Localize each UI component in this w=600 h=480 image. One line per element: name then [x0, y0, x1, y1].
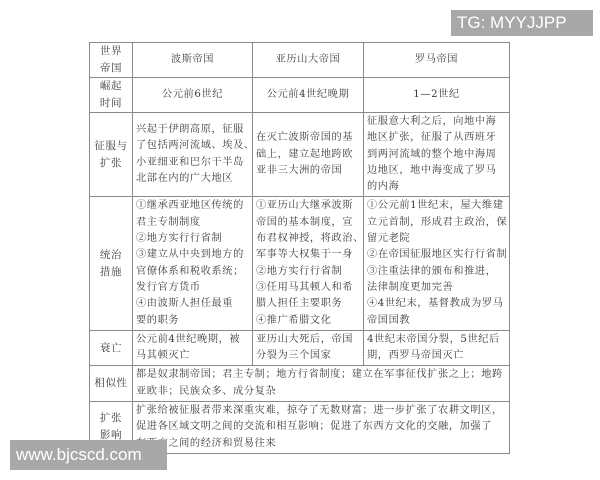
corner-label-line: 帝国 [92, 60, 130, 77]
cell-line: 兴起于伊朗高原，征服 [136, 122, 249, 138]
cell-line: ③注重法律的颁布和推进， [367, 264, 506, 280]
row-label-rise-time: 崛起 时间 [90, 78, 133, 113]
cell-rome-decline: 4世纪末帝国分裂，5世纪后 期，西罗马帝国灭亡 [364, 330, 510, 366]
cell-impact: 扩张给被征服者带来深重灾难，掠夺了无数财富；进一步扩张了农耕文明区， 促进各区域… [133, 402, 510, 454]
cell-line: 君主专制制度 [136, 215, 249, 231]
row-label-line: 相似性 [92, 375, 130, 392]
row-label-line: 扩张 [92, 155, 130, 172]
cell-line: 官僚体系和税收系统； [136, 264, 249, 280]
cell-line: 亚历山大死后，帝国 [256, 332, 360, 348]
cell-line: 东西方之间的经济和贸易往来 [136, 436, 506, 452]
cell-line: 北部在内的广大地区 [136, 171, 249, 187]
cell-line: 4世纪末帝国分裂，5世纪后 [367, 332, 506, 348]
cell-line: ④推广希腊文化 [256, 313, 360, 329]
watermark-top-right: TG: MYYJJPP [451, 10, 593, 36]
cell-line: 促进各区域文明之间的交流和相互影响；促进了东西方文化的交融，加强了 [136, 419, 506, 435]
cell-similarity: 都是奴隶制帝国；君主专制；地方行省制度；建立在军事征伐扩张之上；地跨 亚欧非；民… [133, 366, 510, 402]
cell-alexander-rise-time: 公元前4世纪晚期 [253, 78, 364, 113]
watermark-bottom-left: www.bjcscd.com [10, 440, 167, 470]
row-label-conquest: 征服与 扩张 [90, 113, 133, 197]
row-label-line: 衰亡 [92, 340, 130, 357]
cell-line: 到两河流域的整个地中海周 [367, 147, 506, 163]
row-label-line: 征服与 [92, 138, 130, 155]
cell-line: 亚欧非；民族众多、成分复杂 [136, 384, 506, 400]
cell-line: ③任用马其顿人和希 [256, 280, 360, 296]
cell-alexander-conquest: 在灭亡波斯帝国的基 础上，建立起地跨欧 亚非三大洲的帝国 [253, 113, 364, 197]
row-label-line: 措施 [92, 264, 130, 281]
cell-line: ②地方实行行省制 [136, 231, 249, 247]
cell-line: 留元老院 [367, 231, 506, 247]
cell-line: 马其顿灭亡 [136, 348, 249, 364]
cell-persia-decline: 公元前4世纪晚期，被 马其顿灭亡 [133, 330, 253, 366]
cell-line: ②地方实行行省制 [256, 264, 360, 280]
cell-line: ①亚历山大继承波斯 [256, 198, 360, 214]
cell-line: 扩张给被征服者带来深重灾难，掠夺了无数财富；进一步扩张了农耕文明区， [136, 403, 506, 419]
row-label-similarity: 相似性 [90, 366, 133, 402]
cell-persia-governance: ①继承西亚地区传统的 君主专制制度 ②地方实行行省制 ③建立从中央到地方的 官僚… [133, 197, 253, 330]
cell-line: 布君权神授，将政治、 [256, 231, 360, 247]
cell-line: 础上，建立起地跨欧 [256, 147, 360, 163]
cell-line: ①公元前1世纪末，屋大维建 [367, 198, 506, 214]
table-row-rise-time: 崛起 时间 公元前6世纪 公元前4世纪晚期 1—2世纪 [90, 78, 510, 113]
table-row-decline: 衰亡 公元前4世纪晚期，被 马其顿灭亡 亚历山大死后，帝国 分裂为三个国家 4世… [90, 330, 510, 366]
cell-line: 帝国国教 [367, 313, 506, 329]
row-label-line: 崛起 [92, 78, 130, 95]
cell-line: 期，西罗马帝国灭亡 [367, 348, 506, 364]
cell-persia-rise-time: 公元前6世纪 [133, 78, 253, 113]
empires-comparison-table: 世界 帝国 波斯帝国 亚历山大帝国 罗马帝国 崛起 时间 公元前6世纪 公元前4… [89, 42, 510, 454]
cell-line: ④4世纪末，基督教成为罗马 [367, 296, 506, 312]
cell-line: 地区扩张，征服了从西班牙 [367, 130, 506, 146]
cell-line: 军事等大权集于一身 [256, 247, 360, 263]
cell-line: 公元前4世纪晚期，被 [136, 332, 249, 348]
cell-line: 边地区，地中海变成了罗马 [367, 163, 506, 179]
cell-alexander-decline: 亚历山大死后，帝国 分裂为三个国家 [253, 330, 364, 366]
header-row: 世界 帝国 波斯帝国 亚历山大帝国 罗马帝国 [90, 43, 510, 78]
cell-line: 法律制度更加完善 [367, 280, 506, 296]
cell-line: 在灭亡波斯帝国的基 [256, 130, 360, 146]
cell-line: 腊人担任主要职务 [256, 296, 360, 312]
cell-line: 的内海 [367, 179, 506, 195]
column-header-rome: 罗马帝国 [364, 43, 510, 78]
cell-persia-conquest: 兴起于伊朗高原，征服 了包括两河流域、埃及、 小亚细亚和巴尔干半岛 北部在内的广… [133, 113, 253, 197]
cell-line: ④由波斯人担任最重 [136, 296, 249, 312]
cell-rome-rise-time: 1—2世纪 [364, 78, 510, 113]
row-label-line: 统治 [92, 247, 130, 264]
cell-line: 亚非三大洲的帝国 [256, 163, 360, 179]
cell-line: 了包括两河流域、埃及、 [136, 138, 249, 154]
table-row-governance: 统治 措施 ①继承西亚地区传统的 君主专制制度 ②地方实行行省制 ③建立从中央到… [90, 197, 510, 330]
column-header-persia: 波斯帝国 [133, 43, 253, 78]
cell-line: ③建立从中央到地方的 [136, 247, 249, 263]
cell-line: 帝国的基本制度，宣 [256, 215, 360, 231]
row-label-line: 扩张 [92, 410, 130, 427]
row-label-decline: 衰亡 [90, 330, 133, 366]
cell-rome-conquest: 征服意大利之后，向地中海 地区扩张，征服了从西班牙 到两河流域的整个地中海周 边… [364, 113, 510, 197]
cell-line: 要的职务 [136, 313, 249, 329]
row-label-governance: 统治 措施 [90, 197, 133, 330]
cell-line: 发行官方货币 [136, 280, 249, 296]
table-row-similarity: 相似性 都是奴隶制帝国；君主专制；地方行省制度；建立在军事征伐扩张之上；地跨 亚… [90, 366, 510, 402]
cell-line: ①继承西亚地区传统的 [136, 198, 249, 214]
cell-line: 小亚细亚和巴尔干半岛 [136, 155, 249, 171]
cell-line: ②在帝国征服地区实行行省制 [367, 247, 506, 263]
corner-header-cell: 世界 帝国 [90, 43, 133, 78]
cell-line: 都是奴隶制帝国；君主专制；地方行省制度；建立在军事征伐扩张之上；地跨 [136, 367, 506, 383]
cell-rome-governance: ①公元前1世纪末，屋大维建 立元首制，形成君主政治，保 留元老院 ②在帝国征服地… [364, 197, 510, 330]
cell-line: 立元首制，形成君主政治，保 [367, 215, 506, 231]
column-header-alexander: 亚历山大帝国 [253, 43, 364, 78]
row-label-line: 时间 [92, 95, 130, 112]
table-row-conquest: 征服与 扩张 兴起于伊朗高原，征服 了包括两河流域、埃及、 小亚细亚和巴尔干半岛… [90, 113, 510, 197]
cell-line: 分裂为三个国家 [256, 348, 360, 364]
cell-alexander-governance: ①亚历山大继承波斯 帝国的基本制度，宣 布君权神授，将政治、 军事等大权集于一身… [253, 197, 364, 330]
cell-line: 征服意大利之后，向地中海 [367, 114, 506, 130]
corner-label-line: 世界 [92, 43, 130, 60]
